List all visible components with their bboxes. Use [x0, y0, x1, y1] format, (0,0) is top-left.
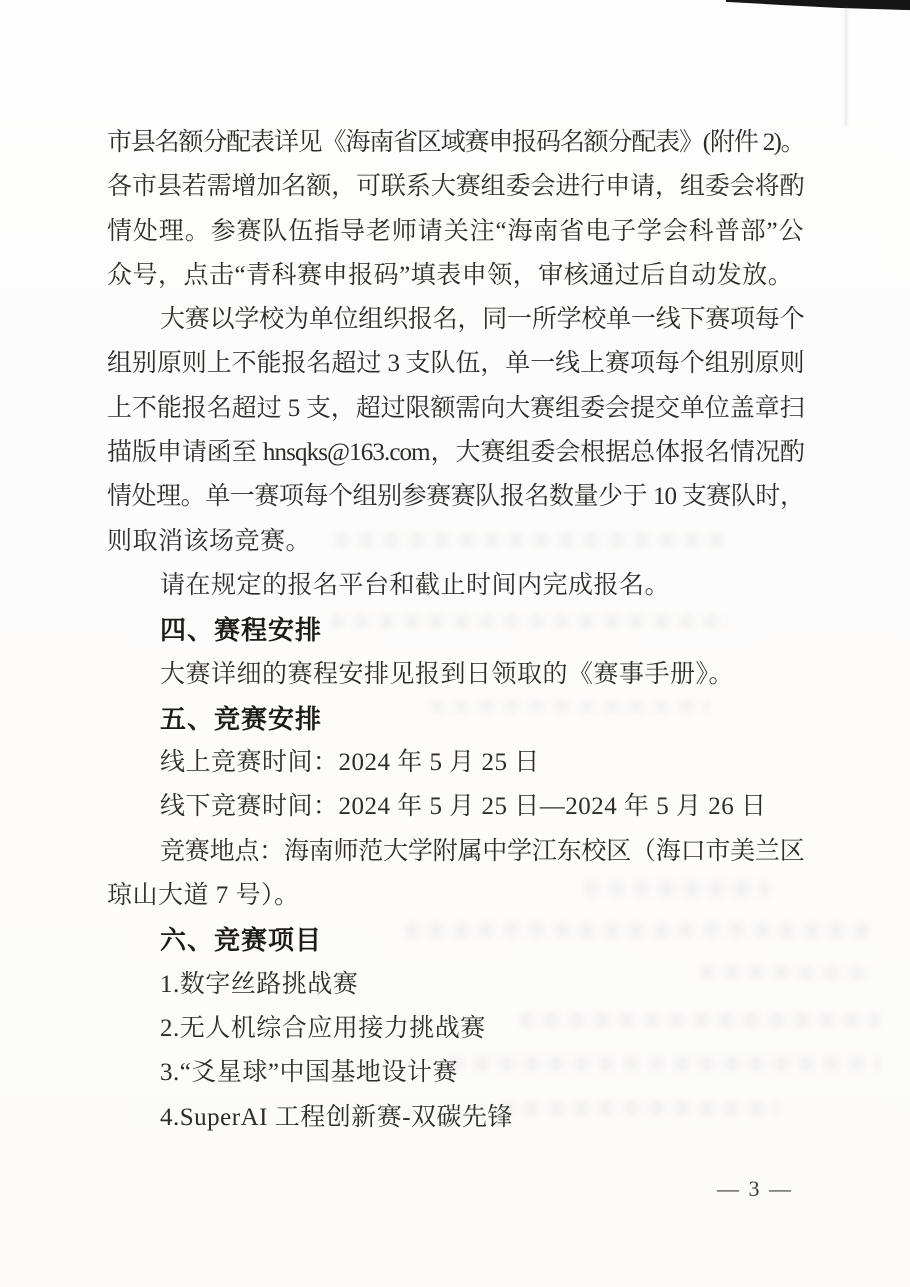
- section-heading: 六、竞赛项目: [107, 918, 804, 962]
- document-body: 市县名额分配表详见《海南省区域赛申报码名额分配表》(附件 2)。各市县若需增加名…: [107, 121, 804, 1140]
- text-line: 上不能报名超过 5 支，超过限额需向大赛组委会提交单位盖章扫: [107, 387, 804, 431]
- text-line: 情处理。单一赛项每个组别参赛赛队报名数量少于 10 支赛队时，: [107, 475, 804, 519]
- text-line: 描版申请函至 hnsqks@163.com，大赛组委会根据总体报名情况酌: [107, 431, 804, 475]
- section-heading: 四、赛程安排: [107, 608, 804, 652]
- scan-crease-artifact: [845, 6, 847, 126]
- text-line: 大赛以学校为单位组织报名，同一所学校单一线下赛项每个: [107, 298, 804, 342]
- text-line: 市县名额分配表详见《海南省区域赛申报码名额分配表》(附件 2)。: [107, 121, 804, 165]
- text-line: 琼山大道 7 号）。: [107, 874, 804, 918]
- scanned-document-page: 市县名额分配表详见《海南省区域赛申报码名额分配表》(附件 2)。各市县若需增加名…: [0, 0, 910, 1287]
- text-line: 大赛详细的赛程安排见报到日领取的《赛事手册》。: [107, 653, 804, 697]
- section-heading: 五、竞赛安排: [107, 697, 804, 741]
- text-line: 众号，点击“青科赛申报码”填表申领，审核通过后自动发放。: [107, 254, 804, 298]
- text-line: 则取消该场竞赛。: [107, 520, 804, 564]
- text-line: 4.SuperAI 工程创新赛-双碳先锋: [107, 1096, 804, 1140]
- text-line: 情处理。参赛队伍指导老师请关注“海南省电子学会科普部”公: [107, 210, 804, 254]
- scan-edge-artifact: [726, 0, 910, 13]
- text-line: 线下竞赛时间：2024 年 5 月 25 日—2024 年 5 月 26 日: [107, 785, 804, 829]
- text-line: 竞赛地点：海南师范大学附属中学江东校区（海口市美兰区: [107, 830, 804, 874]
- text-line: 1.数字丝路挑战赛: [107, 963, 804, 1007]
- text-line: 2.无人机综合应用接力挑战赛: [107, 1007, 804, 1051]
- page-number: — 3 —: [705, 1176, 805, 1202]
- text-line: 线上竞赛时间：2024 年 5 月 25 日: [107, 741, 804, 785]
- text-line: 3.“爻星球”中国基地设计赛: [107, 1051, 804, 1095]
- text-line: 请在规定的报名平台和截止时间内完成报名。: [107, 564, 804, 608]
- text-line: 各市县若需增加名额，可联系大赛组委会进行申请，组委会将酌: [107, 165, 804, 209]
- text-line: 组别原则上不能报名超过 3 支队伍，单一线上赛项每个组别原则: [107, 342, 804, 386]
